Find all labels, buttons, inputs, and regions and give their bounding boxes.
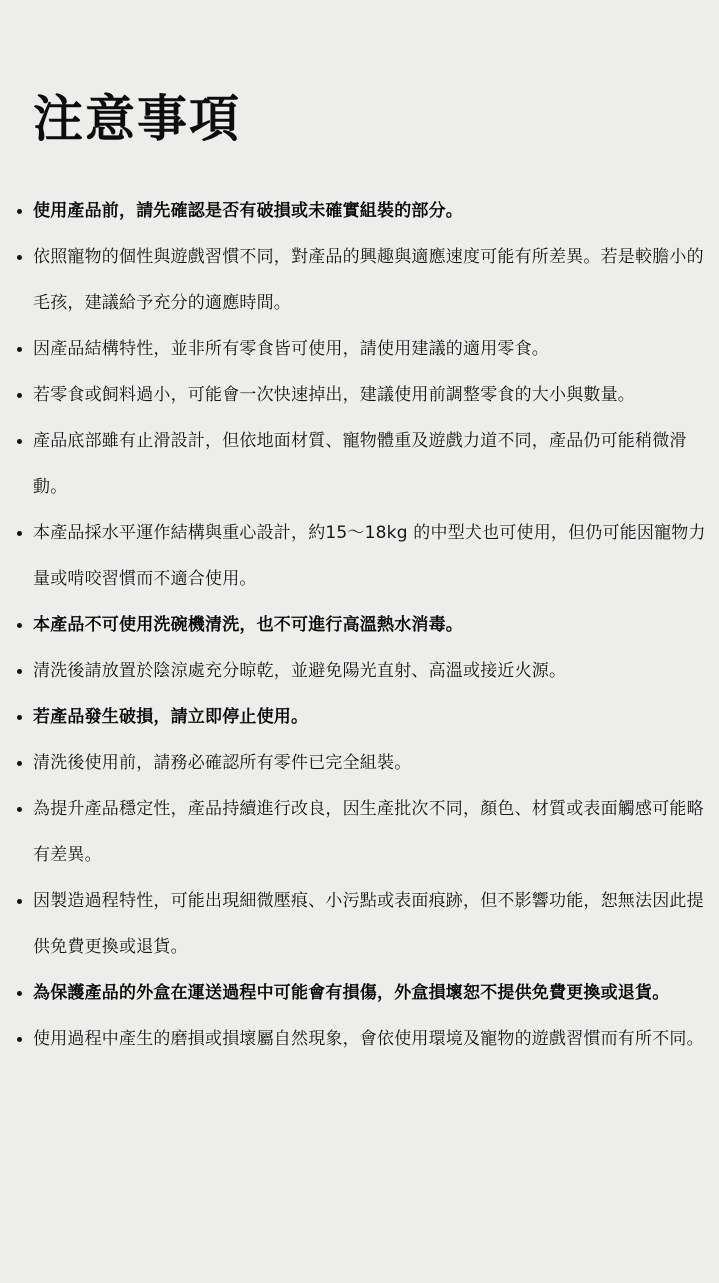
notice-item: 產品底部雖有止滑設計，但依地面材質、寵物體重及遊戲力道不同，產品仍可能稍微滑動。: [0, 418, 719, 510]
notice-text: 清洗後使用前，請務必確認所有零件已完全組裝。: [33, 753, 411, 773]
notice-text: 清洗後請放置於陰涼處充分晾乾，並避免陽光直射、高溫或接近火源。: [33, 661, 566, 681]
notice-item: 使用過程中產生的磨損或損壞屬自然現象，會依使用環境及寵物的遊戲習慣而有所不同。: [0, 1016, 719, 1062]
notice-text: 本產品不可使用洗碗機清洗，也不可進行高溫熱水消毒。: [33, 615, 463, 635]
notice-item: 因製造過程特性，可能出現細微壓痕、小污點或表面痕跡，但不影響功能，恕無法因此提供…: [0, 878, 719, 970]
notice-item: 依照寵物的個性與遊戲習慣不同，對產品的興趣與適應速度可能有所差異。若是較膽小的毛…: [0, 234, 719, 326]
bullet-icon: [17, 1037, 22, 1042]
page-title: 注意事項: [33, 86, 241, 152]
notice-text: 使用產品前，請先確認是否有破損或未確實組裝的部分。: [33, 201, 463, 221]
bullet-icon: [17, 669, 22, 674]
bullet-icon: [17, 439, 22, 444]
bullet-icon: [17, 899, 22, 904]
notice-text: 使用過程中產生的磨損或損壞屬自然現象，會依使用環境及寵物的遊戲習慣而有所不同。: [33, 1029, 704, 1049]
notice-item: 因產品結構特性，並非所有零食皆可使用，請使用建議的適用零食。: [0, 326, 719, 372]
notice-item: 本產品採水平運作結構與重心設計，約15～18kg 的中型犬也可使用，但仍可能因寵…: [0, 510, 719, 602]
notice-text: 為提升產品穩定性，產品持續進行改良，因生產批次不同，顏色、材質或表面觸感可能略有…: [33, 799, 704, 865]
bullet-icon: [17, 209, 22, 214]
notice-item: 清洗後使用前，請務必確認所有零件已完全組裝。: [0, 740, 719, 786]
notice-page: 注意事項 使用產品前，請先確認是否有破損或未確實組裝的部分。 依照寵物的個性與遊…: [0, 0, 719, 1283]
bullet-icon: [17, 255, 22, 260]
notice-item: 為提升產品穩定性，產品持續進行改良，因生產批次不同，顏色、材質或表面觸感可能略有…: [0, 786, 719, 878]
bullet-icon: [17, 761, 22, 766]
notice-text: 若產品發生破損，請立即停止使用。: [33, 707, 308, 727]
bullet-icon: [17, 393, 22, 398]
notice-item: 使用產品前，請先確認是否有破損或未確實組裝的部分。: [0, 188, 719, 234]
notice-text: 若零食或飼料過小，可能會一次快速掉出，建議使用前調整零食的大小與數量。: [33, 385, 635, 405]
bullet-icon: [17, 623, 22, 628]
notice-item: 若零食或飼料過小，可能會一次快速掉出，建議使用前調整零食的大小與數量。: [0, 372, 719, 418]
bullet-icon: [17, 347, 22, 352]
notice-text: 本產品採水平運作結構與重心設計，約15～18kg 的中型犬也可使用，但仍可能因寵…: [33, 523, 706, 589]
bullet-icon: [17, 715, 22, 720]
notice-text: 依照寵物的個性與遊戲習慣不同，對產品的興趣與適應速度可能有所差異。若是較膽小的毛…: [33, 247, 704, 313]
bullet-icon: [17, 531, 22, 536]
notice-text: 為保護產品的外盒在運送過程中可能會有損傷，外盒損壞恕不提供免費更換或退貨。: [33, 983, 669, 1003]
notice-item: 若產品發生破損，請立即停止使用。: [0, 694, 719, 740]
bullet-icon: [17, 991, 22, 996]
notice-list: 使用產品前，請先確認是否有破損或未確實組裝的部分。 依照寵物的個性與遊戲習慣不同…: [0, 188, 719, 1062]
notice-text: 因產品結構特性，並非所有零食皆可使用，請使用建議的適用零食。: [33, 339, 549, 359]
notice-text: 因製造過程特性，可能出現細微壓痕、小污點或表面痕跡，但不影響功能，恕無法因此提供…: [33, 891, 704, 957]
notice-text: 產品底部雖有止滑設計，但依地面材質、寵物體重及遊戲力道不同，產品仍可能稍微滑動。: [33, 431, 687, 497]
notice-item: 本產品不可使用洗碗機清洗，也不可進行高溫熱水消毒。: [0, 602, 719, 648]
bullet-icon: [17, 807, 22, 812]
notice-item: 清洗後請放置於陰涼處充分晾乾，並避免陽光直射、高溫或接近火源。: [0, 648, 719, 694]
notice-item: 為保護產品的外盒在運送過程中可能會有損傷，外盒損壞恕不提供免費更換或退貨。: [0, 970, 719, 1016]
